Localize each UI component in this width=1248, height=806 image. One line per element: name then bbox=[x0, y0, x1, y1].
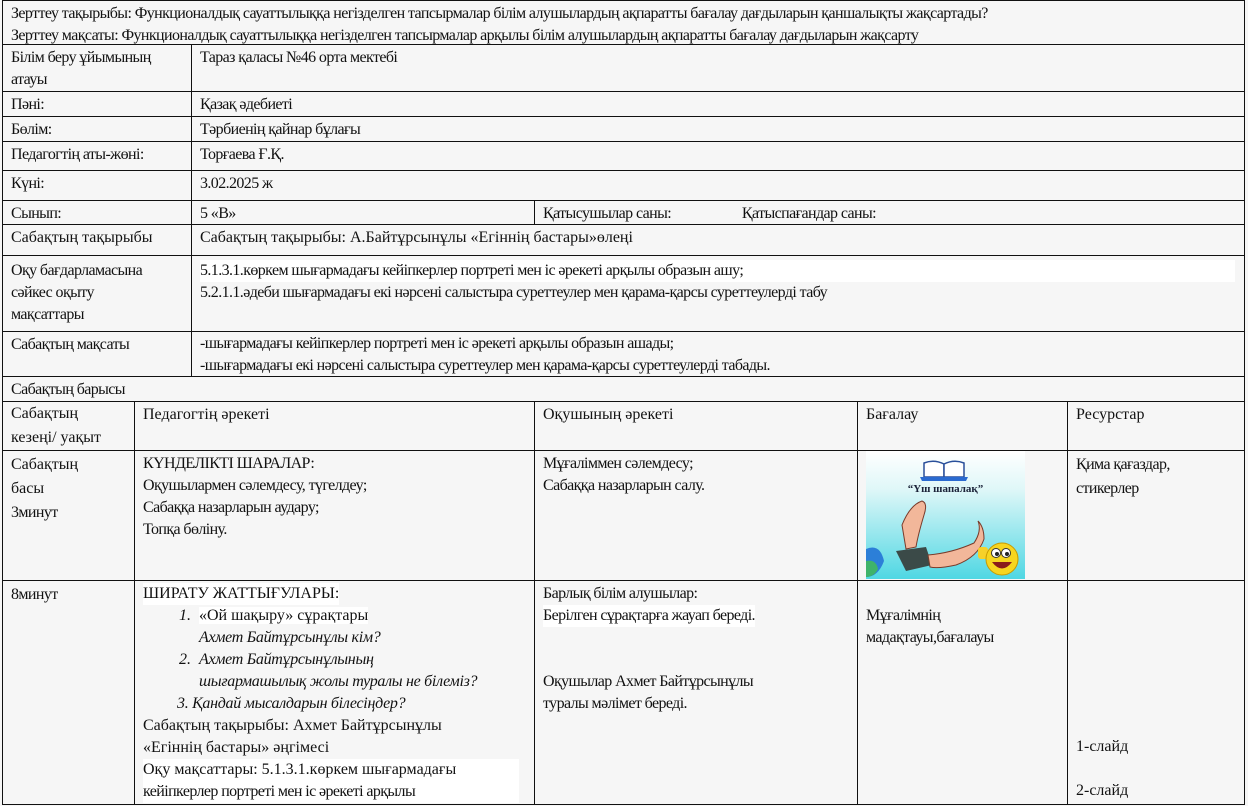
lesson-plan-document: Зерттеу тақырыбы: Функционалдық сауаттыл… bbox=[0, 0, 1248, 806]
objectives-line: Оқу мақсаттары: 5.1.3.1.көркем шығармада… bbox=[143, 759, 519, 781]
org-value: Тараз қаласы №46 орта мектебі bbox=[191, 44, 1245, 93]
header-stage: Сабақтың кезеңі/ уақыт bbox=[2, 401, 136, 452]
research-goal: Зерттеу мақсаты: Функционалдық сауаттылы… bbox=[11, 25, 1236, 46]
research-topic: Зерттеу тақырыбы: Функционалдық сауаттыл… bbox=[11, 3, 1236, 25]
list-subitem: Ахмет Байтұрсынұлы кім? bbox=[163, 627, 527, 649]
lesson-goal-item: -шығармадағы екі нәрсені салыстыра сурет… bbox=[200, 355, 1236, 377]
row1-teacher-activity: КҮНДЕЛІКТІ ШАРАЛАР: Оқушылармен сәлемдес… bbox=[134, 450, 536, 582]
row2-resources: 1-слайд 2-слайд bbox=[1067, 580, 1245, 805]
slide-ref: 2-слайд bbox=[1076, 780, 1236, 802]
clapping-hands-icon bbox=[866, 451, 1025, 579]
lesson-flow-title: Сабақтың барысы bbox=[2, 376, 1245, 403]
topic-value: Сабақтың тақырыбы: А.Байтұрсынұлы «Егінн… bbox=[191, 224, 1245, 257]
list-number: 1. bbox=[163, 605, 191, 627]
attendance: Қатысушылар саны: Қатыспағандар саны: bbox=[534, 200, 1245, 226]
teacher-label: Педагогтің аты-жөні: bbox=[2, 141, 193, 172]
subject-value: Қазақ әдебиеті bbox=[191, 91, 1245, 118]
header-assessment: Бағалау bbox=[857, 401, 1069, 452]
absent-count-label: Қатыспағандар саны: bbox=[742, 205, 876, 222]
slide-ref: 1-слайд bbox=[1076, 736, 1236, 758]
row1-resources: Қима қағаздар, стикерлер bbox=[1067, 450, 1245, 582]
image-caption: “Үш шапалақ” bbox=[866, 483, 1025, 495]
objective-item: 5.2.1.1.әдеби шығармадағы екі нәрсені са… bbox=[200, 282, 1236, 304]
header-teacher-activity: Педагогтің әрекеті bbox=[134, 401, 536, 452]
warmup-heading: ШИРАТУ ЖАТТЫҒУЛАРЫ: bbox=[143, 583, 339, 605]
objectives-value: 5.1.3.1.көркем шығармадағы кейіпкерлер п… bbox=[191, 255, 1245, 333]
present-count-label: Қатысушылар саны: bbox=[543, 205, 671, 222]
list-number: 2. bbox=[163, 649, 191, 671]
lesson-goal-label: Сабақтың мақсаты bbox=[2, 331, 193, 378]
org-label: Білім беру ұйымының атауы bbox=[2, 44, 193, 93]
row2-student-activity: Барлық білім алушылар: Берілген сұрақтар… bbox=[534, 580, 859, 805]
row2-stage: 8минут bbox=[2, 580, 136, 805]
header-student-activity: Оқушының әрекеті bbox=[534, 401, 859, 452]
list-item-3: 3. Қандай мысалдарын білесіңдер? bbox=[163, 693, 527, 715]
list-item: «Ой шақыру» сұрақтары bbox=[199, 607, 368, 624]
clapping-hands-image: “Үш шапалақ” bbox=[866, 451, 1025, 579]
topic-label: Сабақтың тақырыбы bbox=[2, 224, 193, 257]
row2-teacher-activity: ШИРАТУ ЖАТТЫҒУЛАРЫ: 1.«Ой шақыру» сұрақт… bbox=[134, 580, 536, 805]
lesson-topic-line: Сабақтың тақырыбы: Ахмет Байтұрсынұлы bbox=[143, 715, 527, 737]
row1-stage: Сабақтың басы 3минут bbox=[2, 450, 136, 582]
row1-student-activity: Мұғаліммен сәлемдесу; Сабаққа назарларын… bbox=[534, 450, 859, 582]
class-value: 5 «В» bbox=[191, 200, 536, 226]
date-label: Күні: bbox=[2, 170, 193, 202]
teacher-value: Торғаева Ғ.Қ. bbox=[191, 141, 1245, 172]
date-value: 3.02.2025 ж bbox=[191, 170, 1245, 202]
header-resources: Ресурстар bbox=[1067, 401, 1245, 452]
lesson-topic-line: «Егіннің бастары» әңгімесі bbox=[143, 737, 527, 759]
class-label: Сынып: bbox=[2, 200, 193, 226]
row2-assessment: Мұғалімнің мадақтауы,бағалауы bbox=[857, 580, 1069, 805]
list-subitem: шығармашылық жолы туралы не білеміз? bbox=[163, 671, 527, 693]
lesson-goal-item: -шығармадағы кейіпкерлер портреті мен іс… bbox=[200, 333, 1236, 355]
subject-label: Пәні: bbox=[2, 91, 193, 118]
objectives-line: кейіпкерлер портреті мен іс әрекеті арқы… bbox=[143, 781, 519, 803]
list-item: Ахмет Байтұрсынұлының bbox=[199, 651, 374, 668]
objectives-label: Оқу бағдарламасына сәйкес оқыту мақсатта… bbox=[2, 255, 193, 333]
section-label: Бөлім: bbox=[2, 116, 193, 143]
lesson-goal-value: -шығармадағы кейіпкерлер портреті мен іс… bbox=[191, 331, 1245, 378]
research-header: Зерттеу тақырыбы: Функционалдық сауаттыл… bbox=[2, 0, 1245, 46]
section-value: Тәрбиенің қайнар бұлағы bbox=[191, 116, 1245, 143]
objective-item: 5.1.3.1.көркем шығармадағы кейіпкерлер п… bbox=[200, 260, 1235, 282]
